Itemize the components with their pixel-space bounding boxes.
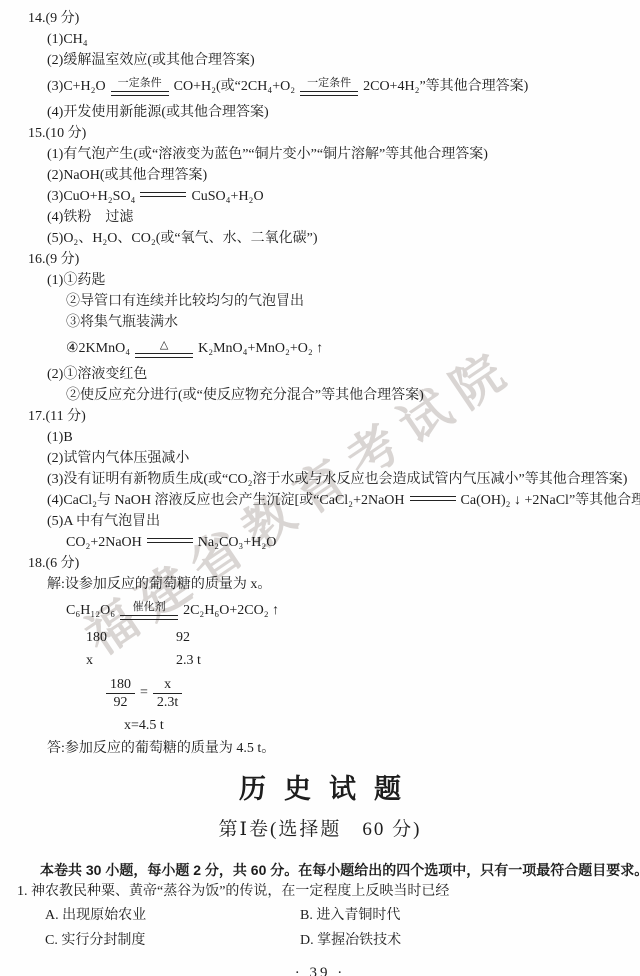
- answer-text: (1)①药匙: [47, 273, 105, 288]
- answer-text: Ca(OH)₂ ↓ +2NaCl”等其他合理答案]: [461, 493, 640, 508]
- answer-line: (3)CuO+H₂SO₄CuSO₄+H₂O: [0, 186, 640, 207]
- answer-line: 14.(9 分): [0, 8, 640, 29]
- answer-text: 15.(10 分): [28, 126, 86, 141]
- answer-line: 解:设参加反应的葡萄糖的质量为 x。: [0, 574, 640, 595]
- answer-line: ④2KMnO₄△K₂MnO₄+MnO₂+O₂ ↑: [0, 333, 640, 364]
- answer-line: 18.(6 分): [0, 553, 640, 574]
- answer-text: 14.(9 分): [28, 11, 79, 26]
- answer-line: ②导管口有连续并比较均匀的气泡冒出: [0, 291, 640, 312]
- answer-line: (4)开发使用新能源(或其他合理答案): [0, 102, 640, 123]
- double-line: [111, 91, 169, 96]
- fraction: x2.3t: [153, 676, 182, 711]
- proportion-right: 92: [176, 626, 190, 649]
- answer-text: (1)B: [47, 430, 73, 445]
- answer-line: C₆H₁₂O₆催化剂2C₂H₆O+2CO₂ ↑: [0, 595, 640, 626]
- proportion-right: 2.3 t: [176, 649, 201, 672]
- answer-text: (2)NaOH(或其他合理答案): [47, 168, 207, 183]
- proportion-row: x2.3 t: [0, 649, 640, 672]
- reaction-condition-equals: [410, 495, 456, 501]
- answer-line: 17.(11 分): [0, 406, 640, 427]
- answer-text: 解:设参加反应的葡萄糖的质量为 x。: [47, 577, 271, 592]
- option-d: D. 掌握冶铁技术: [300, 928, 640, 953]
- answer-text: 17.(11 分): [28, 409, 86, 424]
- answer-text: ②导管口有连续并比较均匀的气泡冒出: [66, 294, 304, 309]
- answer-text: (3)C+H₂O: [47, 76, 106, 97]
- answer-line: (1)B: [0, 427, 640, 448]
- double-line: [300, 91, 358, 96]
- solution-result: x=4.5 t: [0, 714, 640, 738]
- double-line: [410, 496, 456, 501]
- answer-line: CO₂+2NaOHNa₂CO₃+H₂O: [0, 532, 640, 553]
- answer-text: 2C₂H₆O+2CO₂ ↑: [183, 600, 279, 621]
- option-a: A. 出现原始农业: [45, 903, 300, 928]
- answer-text: 18.(6 分): [28, 556, 79, 571]
- answer-text: (2)缓解温室效应(或其他合理答案): [47, 53, 255, 68]
- fraction: 18092: [106, 676, 135, 711]
- answer-text: CO+H₂(或“2CH₄+O₂: [174, 76, 295, 97]
- proportion-equation: 18092=x2.3t: [0, 672, 640, 714]
- answer-text: (5)O₂、H₂O、CO₂(或“氧气、水、二氧化碳”): [47, 231, 318, 246]
- chemistry-answers: 14.(9 分)(1)CH₄(2)缓解温室效应(或其他合理答案)(3)C+H₂O…: [0, 8, 640, 759]
- proportion-left: 180: [86, 626, 107, 649]
- answer-text: ④2KMnO₄: [66, 338, 130, 359]
- answer-line: (2)①溶液变红色: [0, 364, 640, 385]
- answer-line: ②使反应充分进行(或“使反应物充分混合”等其他合理答案): [0, 385, 640, 406]
- answer-line: (2)试管内气体压强减小: [0, 448, 640, 469]
- answer-line: (2)缓解温室效应(或其他合理答案): [0, 50, 640, 71]
- answer-text: (1)有气泡产生(或“溶液变为蓝色”“铜片变小”“铜片溶解”等其他合理答案): [47, 147, 488, 162]
- proportion-row: 18092: [0, 626, 640, 649]
- answer-text: (2)试管内气体压强减小: [47, 451, 189, 466]
- reaction-condition-equals: 催化剂: [120, 601, 178, 619]
- answer-line: (2)NaOH(或其他合理答案): [0, 165, 640, 186]
- answer-line: 答:参加反应的葡萄糖的质量为 4.5 t。: [0, 738, 640, 759]
- answer-text: ③将集气瓶装满水: [66, 315, 178, 330]
- answer-line: (1)CH₄: [0, 29, 640, 50]
- answer-line: (5)O₂、H₂O、CO₂(或“氧气、水、二氧化碳”): [0, 228, 640, 249]
- reaction-condition-equals: [140, 191, 186, 197]
- condition-label: 一定条件: [307, 77, 351, 89]
- condition-label: 催化剂: [133, 601, 166, 613]
- answer-text: K₂MnO₄+MnO₂+O₂ ↑: [198, 338, 323, 359]
- double-line: [135, 353, 193, 358]
- history-title: 历史试题: [0, 771, 640, 807]
- answer-text: CuSO₄+H₂O: [191, 189, 263, 204]
- answer-line: 16.(9 分): [0, 249, 640, 270]
- answer-line: (5)A 中有气泡冒出: [0, 511, 640, 532]
- answer-text: (3)CuO+H₂SO₄: [47, 189, 135, 204]
- answer-text: 16.(9 分): [28, 252, 79, 267]
- page-number: · 39 ·: [0, 963, 640, 976]
- answer-text: (4)开发使用新能源(或其他合理答案): [47, 105, 269, 120]
- answer-text: (4)CaCl₂与 NaOH 溶液反应也会产生沉淀[或“CaCl₂+2NaOH: [47, 493, 405, 508]
- option-b: B. 进入青铜时代: [300, 903, 640, 928]
- equals-sign: =: [140, 685, 148, 701]
- condition-label: △: [160, 339, 168, 351]
- answer-line: (3)没有证明有新物质生成(或“CO₂溶于水或与水反应也会造成试管内气压减小”等…: [0, 469, 640, 490]
- option-c: C. 实行分封制度: [45, 928, 300, 953]
- answer-line: 15.(10 分): [0, 123, 640, 144]
- double-line: [120, 615, 178, 620]
- answer-line: (1)有气泡产生(或“溶液变为蓝色”“铜片变小”“铜片溶解”等其他合理答案): [0, 144, 640, 165]
- answer-text: C₆H₁₂O₆: [66, 600, 115, 621]
- double-line: [147, 538, 193, 543]
- answer-text: (2)①溶液变红色: [47, 367, 147, 382]
- exam-answer-page: 福建省教育考试院 14.(9 分)(1)CH₄(2)缓解温室效应(或其他合理答案…: [0, 0, 640, 976]
- reaction-condition-equals: 一定条件: [300, 77, 358, 95]
- answer-text: (3)没有证明有新物质生成(或“CO₂溶于水或与水反应也会造成试管内气压减小”等…: [47, 472, 627, 487]
- reaction-condition-equals: [147, 537, 193, 543]
- answer-text: ②使反应充分进行(或“使反应物充分混合”等其他合理答案): [66, 388, 424, 403]
- answer-line: (4)CaCl₂与 NaOH 溶液反应也会产生沉淀[或“CaCl₂+2NaOHC…: [0, 490, 640, 511]
- question-1-options: A. 出现原始农业B. 进入青铜时代C. 实行分封制度D. 掌握冶铁技术: [0, 903, 640, 953]
- reaction-condition-equals: △: [135, 339, 193, 357]
- answer-line: (4)铁粉 过滤: [0, 207, 640, 228]
- history-instructions: 本卷共 30 小题，每小题 2 分，共 60 分。在每小题给出的四个选项中，只有…: [0, 859, 640, 881]
- question-1-text: 1. 神农教民种粟、黄帝“蒸谷为饭”的传说，在一定程度上反映当时已经: [0, 881, 640, 903]
- answer-text: (1)CH₄: [47, 32, 88, 47]
- answer-text: 2CO+4H₂”等其他合理答案): [363, 76, 528, 97]
- answer-text: CO₂+2NaOH: [66, 535, 142, 550]
- answer-text: (4)铁粉 过滤: [47, 210, 133, 225]
- answer-text: Na₂CO₃+H₂O: [198, 535, 277, 550]
- condition-label: 一定条件: [118, 77, 162, 89]
- double-line: [140, 192, 186, 197]
- answer-line: ③将集气瓶装满水: [0, 312, 640, 333]
- answer-line: (1)①药匙: [0, 270, 640, 291]
- proportion-left: x: [86, 649, 93, 672]
- history-section: 历史试题 第Ⅰ卷(选择题 60 分) 本卷共 30 小题，每小题 2 分，共 6…: [0, 771, 640, 953]
- page-content: 14.(9 分)(1)CH₄(2)缓解温室效应(或其他合理答案)(3)C+H₂O…: [0, 0, 640, 976]
- reaction-condition-equals: 一定条件: [111, 77, 169, 95]
- answer-line: (3)C+H₂O一定条件CO+H₂(或“2CH₄+O₂一定条件2CO+4H₂”等…: [0, 71, 640, 102]
- answer-text: 答:参加反应的葡萄糖的质量为 4.5 t。: [47, 741, 275, 756]
- answer-text: (5)A 中有气泡冒出: [47, 514, 160, 529]
- history-subtitle: 第Ⅰ卷(选择题 60 分): [0, 817, 640, 843]
